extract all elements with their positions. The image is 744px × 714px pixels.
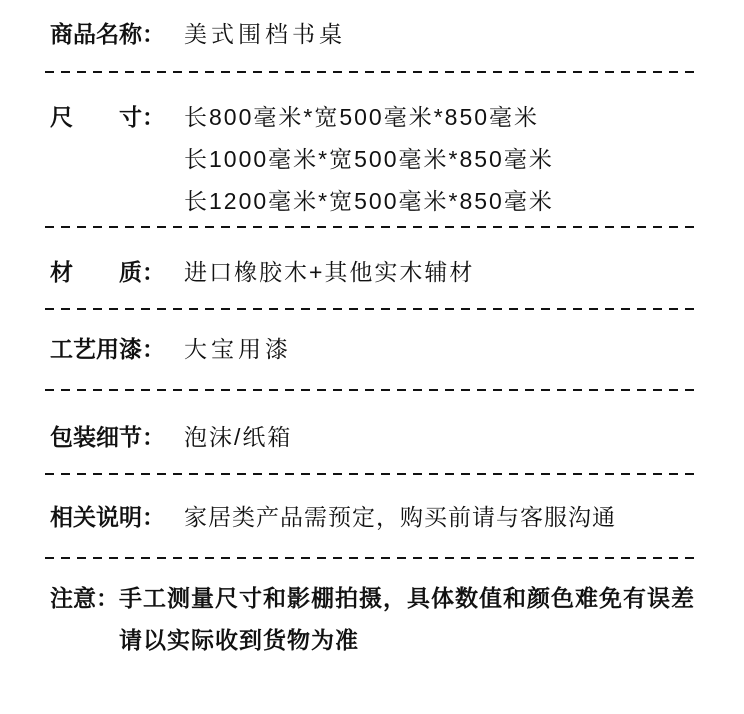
product-name-label: 商品名称： <box>50 20 166 48</box>
spec-row-paint: 工艺用漆： 大宝用漆 <box>50 335 292 363</box>
remark-value: 家居类产品需预定，购买前请与客服沟通 <box>184 503 616 531</box>
material-label: 材 质： <box>50 258 166 286</box>
product-spec-sheet: 商品名称： 美式围档书桌 尺 寸： 长800毫米*宽500毫米*850毫米 长1… <box>0 0 744 714</box>
dimension-line: 长1000毫米*宽500毫米*850毫米 <box>184 138 554 180</box>
dashed-divider <box>45 308 697 310</box>
remark-label: 相关说明： <box>50 503 166 531</box>
spec-row-material: 材 质： 进口橡胶木+其他实木辅材 <box>50 258 474 286</box>
paint-value: 大宝用漆 <box>184 335 292 363</box>
dashed-divider <box>45 389 697 391</box>
notice-line: 手工测量尺寸和影棚拍摄，具体数值和颜色难免有误差 <box>119 577 695 619</box>
notice-label: 注意： <box>50 577 119 619</box>
dimension-line: 长800毫米*宽500毫米*850毫米 <box>184 96 554 138</box>
dimension-line: 长1200毫米*宽500毫米*850毫米 <box>184 180 554 222</box>
dashed-divider <box>45 557 697 559</box>
packaging-label: 包装细节： <box>50 423 166 451</box>
spec-row-packaging: 包装细节： 泡沫/纸箱 <box>50 423 292 451</box>
notice-line: 请以实际收到货物为准 <box>119 619 695 661</box>
spec-row-dimensions: 尺 寸： 长800毫米*宽500毫米*850毫米 长1000毫米*宽500毫米*… <box>50 96 554 222</box>
packaging-value: 泡沫/纸箱 <box>184 423 292 451</box>
paint-label: 工艺用漆： <box>50 335 166 363</box>
dimensions-values: 长800毫米*宽500毫米*850毫米 长1000毫米*宽500毫米*850毫米… <box>166 96 554 222</box>
product-name-value: 美式围档书桌 <box>184 20 346 48</box>
spec-row-product-name: 商品名称： 美式围档书桌 <box>50 20 346 48</box>
material-value: 进口橡胶木+其他实木辅材 <box>184 258 474 286</box>
dashed-divider <box>45 473 697 475</box>
notice-block: 注意： 手工测量尺寸和影棚拍摄，具体数值和颜色难免有误差 请以实际收到货物为准 <box>50 577 695 661</box>
spec-row-remark: 相关说明： 家居类产品需预定，购买前请与客服沟通 <box>50 503 616 531</box>
dashed-divider <box>45 226 697 228</box>
dimensions-label: 尺 寸： <box>50 96 166 138</box>
dashed-divider <box>45 71 697 73</box>
notice-lines: 手工测量尺寸和影棚拍摄，具体数值和颜色难免有误差 请以实际收到货物为准 <box>119 577 695 661</box>
